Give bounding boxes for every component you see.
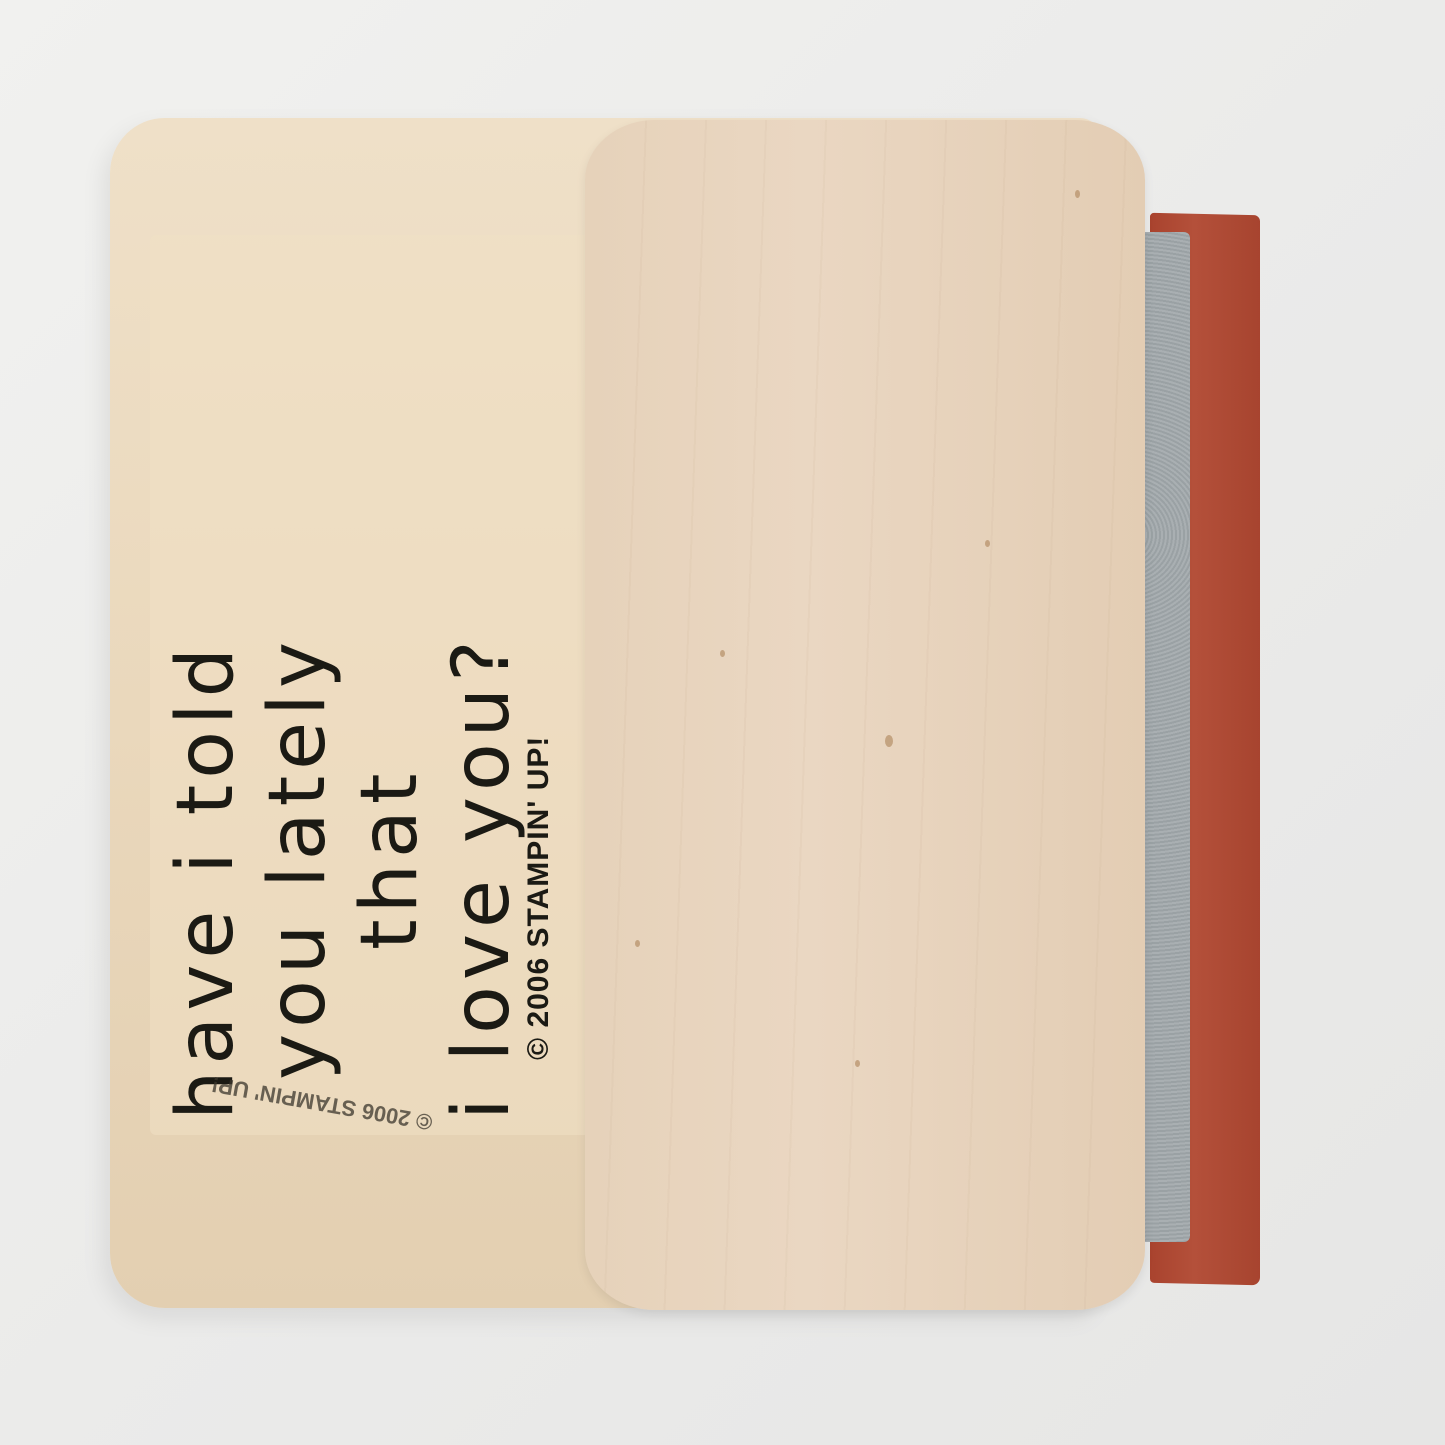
wood-speck xyxy=(1075,190,1080,198)
stamp-line-4: i love you? xyxy=(436,220,528,1120)
stamp-line-1: have i told xyxy=(160,220,252,1120)
stamp-line-3: that xyxy=(344,220,436,1120)
wood-speck xyxy=(855,1060,860,1067)
wood-block-handle xyxy=(585,120,1145,1310)
wood-speck xyxy=(720,650,725,657)
stamp-line-2: you lately xyxy=(252,220,344,1120)
stamp-label-text: have i told you lately that i love you? … xyxy=(160,220,556,1120)
wood-speck xyxy=(635,940,640,947)
wood-speck xyxy=(885,735,893,747)
wood-speck xyxy=(985,540,990,547)
photo-scene: have i told you lately that i love you? … xyxy=(0,0,1445,1445)
